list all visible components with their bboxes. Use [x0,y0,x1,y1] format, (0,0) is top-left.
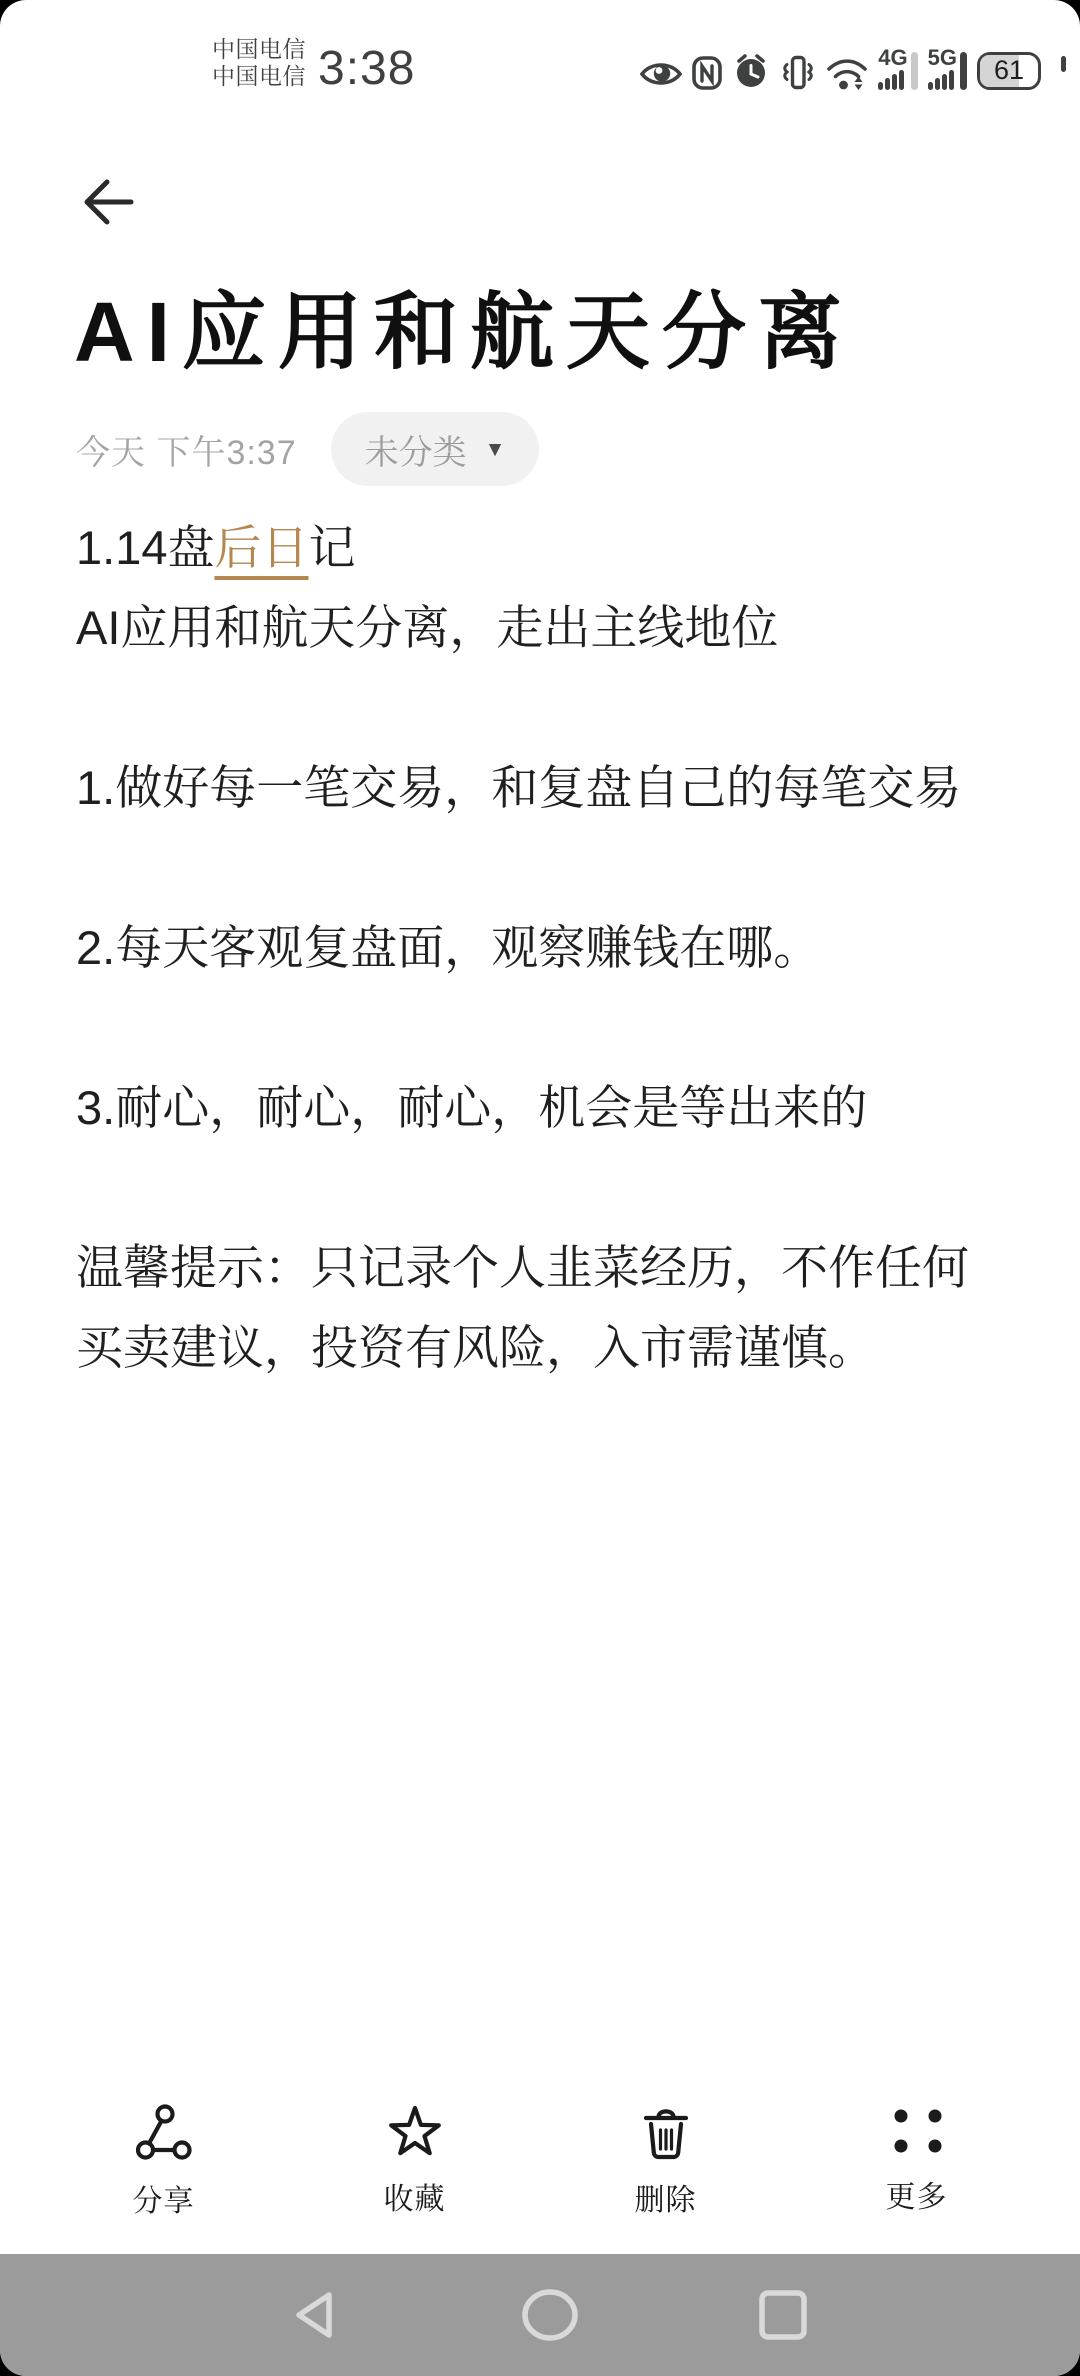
network-4g-label: 4G [878,49,907,67]
trash-icon [640,2104,692,2161]
nav-recents-square-icon [757,2288,809,2342]
note-line: 3.耐心，耐心，耐心，机会是等出来的 [76,1068,991,1148]
carrier-sim1: 中国电信 [212,36,306,63]
nav-back-triangle-icon [287,2288,343,2342]
note-link[interactable]: 后日 [214,521,308,574]
favorite-label: 收藏 [384,2174,446,2218]
favorite-button[interactable]: 收藏 [289,2104,540,2220]
back-arrow-icon [79,174,137,230]
category-label: 未分类 [365,425,467,474]
note-text: 1.14盘 [76,521,214,574]
nav-recents-button[interactable] [757,2288,809,2342]
status-time: 3:38 [318,48,415,90]
delete-button[interactable]: 删除 [540,2104,791,2220]
eye-comfort-icon [640,58,682,90]
share-icon [136,2104,192,2162]
signal-5g-icon: 5G [928,49,967,90]
nav-home-circle-icon [521,2288,579,2342]
star-icon [387,2104,443,2160]
note-text: 记 [308,521,355,574]
nav-back-button[interactable] [287,2288,343,2342]
battery-nub [1061,56,1066,72]
network-5g-label: 5G [928,49,957,67]
note-line: 1.做好每一笔交易，和复盘自己的每笔交易 [76,748,991,828]
more-dots-icon [890,2104,944,2158]
note-date: 今天 下午3:37 [76,425,297,474]
nav-home-button[interactable] [521,2288,579,2342]
system-navbar [0,2254,1080,2376]
note-disclaimer: 温馨提示：只记录个人韭菜经历，不作任何买卖建议，投资有风险，入市需谨慎。 [76,1228,991,1388]
delete-label: 删除 [635,2175,697,2219]
share-label: 分享 [133,2176,195,2220]
carrier-sim2: 中国电信 [212,63,306,90]
note-line: AI应用和航天分离，走出主线地位 [76,588,991,668]
status-bar: 中国电信 中国电信 3:38 [0,0,1080,98]
vibrate-icon [780,54,816,90]
signal-4g-icon: 4G [878,49,917,90]
category-selector[interactable]: 未分类 ▼ [331,412,540,486]
note-content[interactable]: 1.14盘后日记 AI应用和航天分离，走出主线地位 1.做好每一笔交易，和复盘自… [76,508,991,1388]
share-button[interactable]: 分享 [38,2104,289,2220]
carrier-labels: 中国电信 中国电信 [212,36,306,90]
wifi-icon [826,56,868,90]
nfc-icon [692,56,722,90]
chevron-down-icon: ▼ [485,438,506,462]
note-line: 1.14盘后日记 [76,508,991,588]
more-label: 更多 [886,2172,948,2216]
more-button[interactable]: 更多 [791,2104,1042,2220]
note-detail-screen: 中国电信 中国电信 3:38 [0,0,1080,2376]
note-line: 2.每天客观复盘面，观察赚钱在哪。 [76,908,991,988]
battery-icon: 61 [977,52,1041,90]
battery-percent: 61 [980,55,1038,86]
note-meta: 今天 下午3:37 未分类 ▼ [76,412,539,486]
bottom-toolbar: 分享 收藏 删除 更多 [0,2104,1080,2220]
note-title: AI应用和航天分离 [74,284,854,380]
back-button[interactable] [78,174,138,232]
alarm-icon [732,52,770,90]
status-icons: 4G 5G [640,49,1066,90]
status-left: 中国电信 中国电信 3:38 [212,36,415,90]
